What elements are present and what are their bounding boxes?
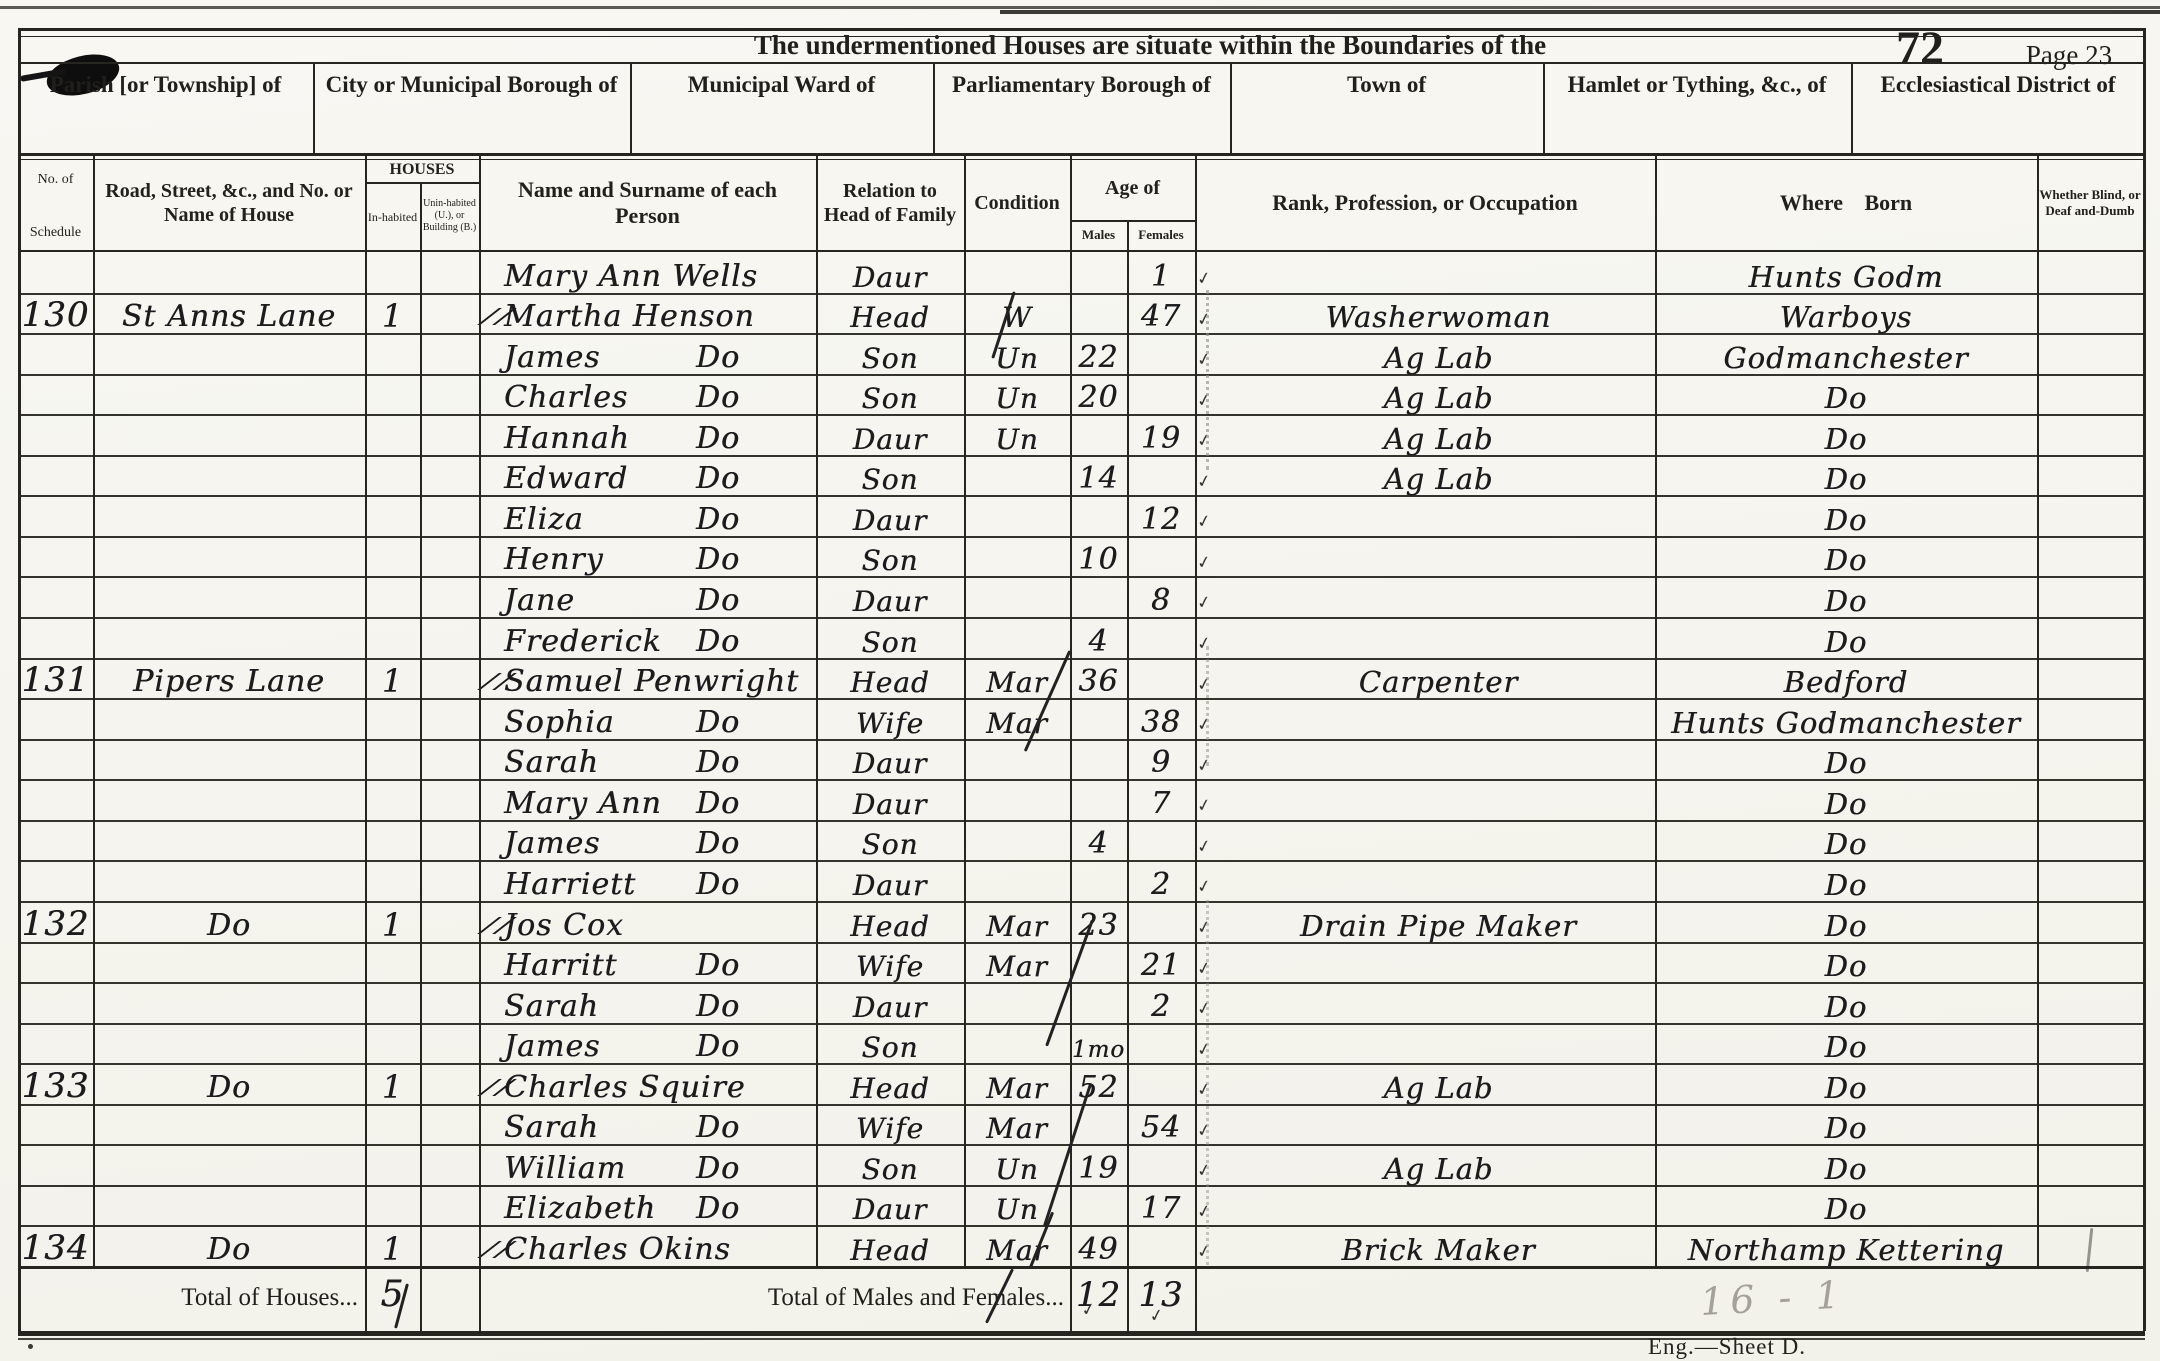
grid-line <box>479 153 481 1331</box>
grid-line <box>964 153 966 1266</box>
pencil-dots <box>1206 290 1209 470</box>
total-houses-value: 5 <box>365 1266 420 1324</box>
sheet-label: Eng.—Sheet D. <box>1648 1334 1888 1360</box>
grid-line <box>0 6 2160 9</box>
grid-line <box>420 183 422 1331</box>
grid-line <box>816 153 818 1266</box>
grid-line <box>2143 28 2146 1331</box>
grid-line <box>1070 153 1072 1331</box>
grid-line <box>18 153 2145 156</box>
grid-line <box>365 182 479 184</box>
grid-line <box>18 28 2145 31</box>
pen-stroke <box>1029 1212 1054 1269</box>
grid-line <box>365 153 367 1331</box>
grid-line <box>933 62 935 153</box>
grid-line <box>1655 153 1657 1266</box>
total-males-value: 12 <box>1070 1266 1127 1324</box>
pencil-dots <box>1206 646 1209 766</box>
grid-line <box>1195 153 1197 1331</box>
pencil-dots <box>1206 900 1209 1070</box>
grid-line <box>18 28 21 1331</box>
table-grid <box>0 0 2160 1361</box>
grid-line <box>1127 220 1129 1331</box>
grid-line <box>630 62 632 153</box>
grid-line <box>18 36 2145 37</box>
pen-stroke <box>1024 650 1071 752</box>
grid-line <box>1070 220 1195 222</box>
grid-line <box>93 153 95 1266</box>
grid-line <box>1543 62 1545 153</box>
grid-line <box>1000 10 2160 14</box>
grid-line <box>1851 62 1853 153</box>
pen-stroke <box>991 291 1015 359</box>
grid-line <box>313 62 315 153</box>
grid-line <box>18 250 2145 252</box>
grid-line <box>1230 62 1232 153</box>
grid-line <box>18 62 2145 64</box>
census-sheet: The undermentioned Houses are situate wi… <box>0 0 2160 1361</box>
total-houses-label: Total of Houses... <box>80 1266 358 1330</box>
grid-line <box>18 159 2145 160</box>
pencil-dots <box>1206 1075 1209 1265</box>
total-males-females-label: Total of Males and Females... <box>486 1266 1064 1330</box>
pen-stroke <box>1043 1083 1092 1227</box>
grid-line <box>2037 153 2039 1266</box>
